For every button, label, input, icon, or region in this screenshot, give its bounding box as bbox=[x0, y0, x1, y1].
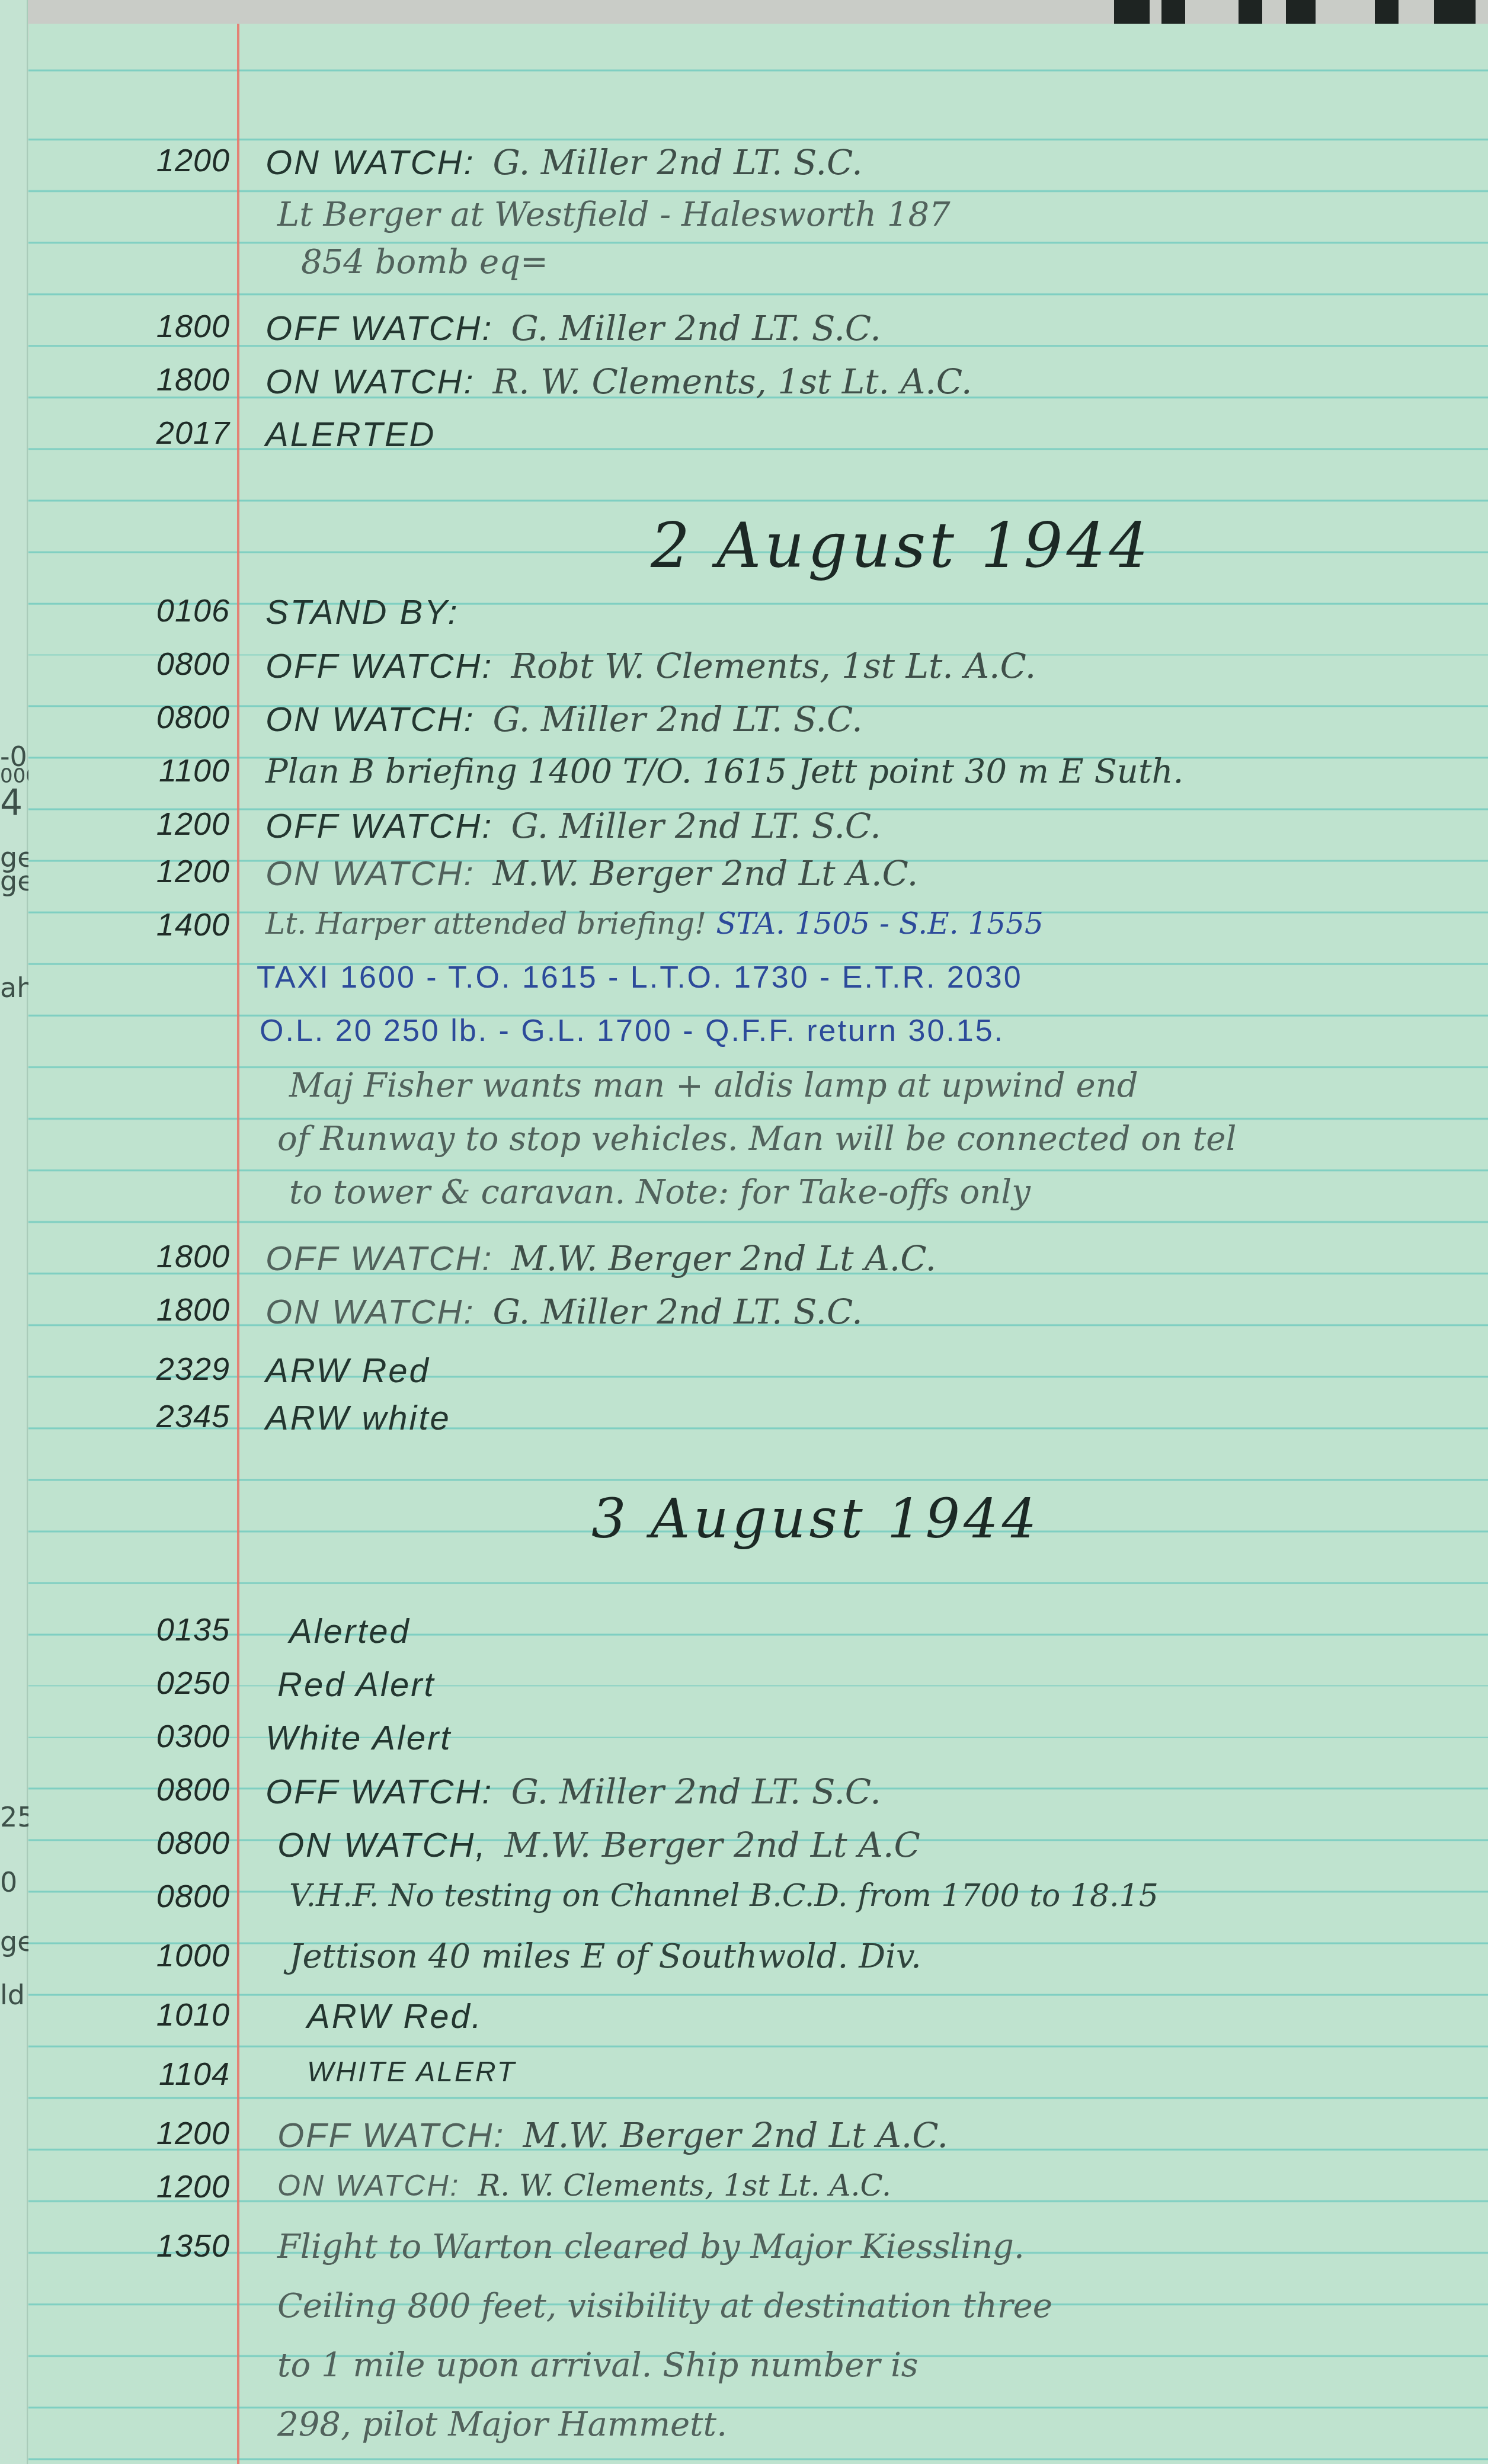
entry-signature: R. W. Clements, 1st Lt. A.C. bbox=[493, 361, 972, 402]
log-entry: 1800 OFF WATCH:G. Miller 2nd LT. S.C. bbox=[28, 308, 1488, 361]
log-entry: Lt Berger at Westfield - Halesworth 187 bbox=[28, 196, 1488, 249]
facing-page-fragment: ld bbox=[0, 1979, 25, 2011]
entry-text: OFF WATCH:G. Miller 2nd LT. S.C. bbox=[265, 308, 881, 348]
entry-text: ON WATCH:G. Miller 2nd LT. S.C. bbox=[265, 699, 863, 739]
entry-label: ARW Red bbox=[265, 1351, 430, 1390]
entry-label: ON WATCH: bbox=[277, 2169, 460, 2202]
entry-signature: G. Miller 2nd LT. S.C. bbox=[493, 1292, 863, 1332]
log-entry: 2017 ALERTED bbox=[28, 415, 1488, 468]
entry-signature: R. W. Clements, 1st Lt. A.C. bbox=[478, 2168, 891, 2203]
entry-time: 2345 bbox=[111, 1398, 230, 1435]
log-entry: 0800 OFF WATCH:G. Miller 2nd LT. S.C. bbox=[28, 1771, 1488, 1825]
entry-text: ARW Red bbox=[265, 1351, 430, 1390]
entry-label: OFF WATCH: bbox=[265, 647, 493, 685]
entry-label: ON WATCH: bbox=[265, 143, 475, 182]
entry-text: ON WATCH:G. Miller 2nd LT. S.C. bbox=[265, 1292, 863, 1332]
entry-label: White Alert bbox=[265, 1719, 452, 1757]
log-entry: 0135 Alerted bbox=[28, 1611, 1488, 1665]
entry-time: 2329 bbox=[111, 1351, 230, 1388]
entry-time: 2017 bbox=[111, 415, 230, 451]
date-heading: 2 August 1944 bbox=[651, 510, 1152, 582]
log-entry: 298, pilot Major Hammett. bbox=[28, 2405, 1488, 2459]
entry-time: 1800 bbox=[111, 361, 230, 398]
entry-note: Ceiling 800 feet, visibility at destinat… bbox=[277, 2287, 1052, 2325]
entry-label: ON WATCH: bbox=[265, 700, 475, 739]
log-entry: 1100 Plan B briefing 1400 T/O. 1615 Jett… bbox=[28, 752, 1488, 806]
entry-note: of Runway to stop vehicles. Man will be … bbox=[277, 1120, 1236, 1158]
entry-label: ARW white bbox=[265, 1399, 451, 1437]
log-entry: TAXI 1600 - T.O. 1615 - L.T.O. 1730 - E.… bbox=[28, 960, 1488, 1013]
entry-text: WHITE ALERT bbox=[307, 2056, 516, 2088]
entry-time: 1010 bbox=[111, 1997, 230, 2033]
entry-time: 0135 bbox=[111, 1611, 230, 1648]
entry-signature: M.W. Berger 2nd Lt A.C. bbox=[523, 2115, 948, 2155]
log-entry: 2345 ARW white bbox=[28, 1398, 1488, 1452]
entry-text: OFF WATCH:Robt W. Clements, 1st Lt. A.C. bbox=[265, 646, 1036, 686]
entry-time: 1100 bbox=[111, 752, 230, 789]
log-entry: 0800 ON WATCH:G. Miller 2nd LT. S.C. bbox=[28, 699, 1488, 752]
entry-time: 1800 bbox=[111, 1238, 230, 1275]
log-entries: 1200 ON WATCH:G. Miller 2nd LT. S.C. Lt … bbox=[28, 24, 1488, 2464]
entry-note: Jettison 40 miles E of Southwold. Div. bbox=[289, 1937, 921, 1976]
entry-text: ON WATCH:G. Miller 2nd LT. S.C. bbox=[265, 142, 863, 182]
entry-label: ON WATCH, bbox=[277, 1826, 487, 1864]
entry-label: ON WATCH: bbox=[265, 363, 475, 401]
entry-time: 0106 bbox=[111, 592, 230, 629]
log-entry: 1200 ON WATCH:G. Miller 2nd LT. S.C. bbox=[28, 142, 1488, 196]
entry-time: 1200 bbox=[111, 853, 230, 890]
entry-signature: G. Miller 2nd LT. S.C. bbox=[511, 308, 881, 348]
entry-time: 1400 bbox=[111, 906, 230, 943]
log-entry: 1200 OFF WATCH:M.W. Berger 2nd Lt A.C. bbox=[28, 2115, 1488, 2168]
entry-label: OFF WATCH: bbox=[265, 309, 493, 348]
entry-note: 854 bomb eq= bbox=[301, 243, 548, 281]
entry-signature: G. Miller 2nd LT. S.C. bbox=[493, 699, 863, 739]
entry-signature: M.W. Berger 2nd Lt A.C. bbox=[511, 1238, 936, 1279]
entry-text: White Alert bbox=[265, 1718, 452, 1758]
entry-label: OFF WATCH: bbox=[265, 807, 493, 845]
log-entry: 1200 ON WATCH:M.W. Berger 2nd Lt A.C. bbox=[28, 853, 1488, 906]
entry-note: to 1 mile upon arrival. Ship number is bbox=[277, 2346, 919, 2385]
entry-signature: M.W. Berger 2nd Lt A.C. bbox=[493, 853, 919, 893]
log-entry: of Runway to stop vehicles. Man will be … bbox=[28, 1120, 1488, 1173]
entry-time: 0800 bbox=[111, 646, 230, 683]
entry-label: OFF WATCH: bbox=[265, 1239, 493, 1278]
entry-text: OFF WATCH:G. Miller 2nd LT. S.C. bbox=[265, 1771, 881, 1812]
entry-note-blue: O.L. 20 250 lb. - G.L. 1700 - Q.F.F. ret… bbox=[260, 1013, 1004, 1049]
entry-time: 0800 bbox=[111, 1878, 230, 1915]
entry-time: 1800 bbox=[111, 1292, 230, 1328]
entry-time: 0300 bbox=[111, 1718, 230, 1755]
entry-text: OFF WATCH:M.W. Berger 2nd Lt A.C. bbox=[277, 2115, 948, 2155]
entry-note-text: Lt. Harper attended briefing! bbox=[265, 906, 706, 941]
entry-text: STAND BY: bbox=[265, 592, 459, 632]
entry-note: Lt Berger at Westfield - Halesworth 187 bbox=[277, 196, 951, 234]
entry-signature: M.W. Berger 2nd Lt A.C bbox=[505, 1825, 920, 1865]
entry-note: 298, pilot Major Hammett. bbox=[277, 2405, 727, 2444]
entry-label: ARW Red. bbox=[307, 1997, 483, 2036]
facing-page-fragment: 0 bbox=[0, 1866, 17, 1898]
entry-note: Flight to Warton cleared by Major Kiessl… bbox=[277, 2228, 1025, 2266]
log-entry: 1400 Lt. Harper attended briefing! STA. … bbox=[28, 906, 1488, 960]
entry-time: 1200 bbox=[111, 806, 230, 842]
entry-text: Red Alert bbox=[277, 1665, 436, 1704]
log-entry: O.L. 20 250 lb. - G.L. 1700 - Q.F.F. ret… bbox=[28, 1013, 1488, 1066]
entry-label: OFF WATCH: bbox=[265, 1773, 493, 1811]
entry-label: Alerted bbox=[289, 1612, 411, 1651]
entry-note: to tower & caravan. Note: for Take-offs … bbox=[289, 1173, 1031, 1212]
entry-text: OFF WATCH:G. Miller 2nd LT. S.C. bbox=[265, 806, 881, 846]
log-entry: 1104 WHITE ALERT bbox=[28, 2056, 1488, 2109]
entry-note-blue: TAXI 1600 - T.O. 1615 - L.T.O. 1730 - E.… bbox=[257, 960, 1023, 995]
log-entry: 0800 V.H.F. No testing on Channel B.C.D.… bbox=[28, 1878, 1488, 1931]
log-entry: to tower & caravan. Note: for Take-offs … bbox=[28, 1173, 1488, 1226]
entry-label: OFF WATCH: bbox=[277, 2116, 505, 2155]
log-entry: 1800 ON WATCH:G. Miller 2nd LT. S.C. bbox=[28, 1292, 1488, 1345]
entry-note: Lt. Harper attended briefing! STA. 1505 … bbox=[265, 906, 1044, 941]
entry-time: 1800 bbox=[111, 308, 230, 345]
entry-text: ON WATCH:M.W. Berger 2nd Lt A.C. bbox=[265, 853, 918, 893]
entry-text: Alerted bbox=[289, 1611, 411, 1651]
entry-label: Red Alert bbox=[277, 1665, 436, 1704]
entry-time: 0800 bbox=[111, 1825, 230, 1861]
log-page: 1200 ON WATCH:G. Miller 2nd LT. S.C. Lt … bbox=[28, 24, 1488, 2464]
entry-time: 0800 bbox=[111, 699, 230, 736]
entry-signature: Robt W. Clements, 1st Lt. A.C. bbox=[511, 646, 1036, 686]
log-entry: 0250 Red Alert bbox=[28, 1665, 1488, 1718]
log-entry: 1800 OFF WATCH:M.W. Berger 2nd Lt A.C. bbox=[28, 1238, 1488, 1292]
entry-signature: G. Miller 2nd LT. S.C. bbox=[493, 142, 863, 182]
log-entry: 0106 STAND BY: bbox=[28, 592, 1488, 646]
entry-note: Plan B briefing 1400 T/O. 1615 Jett poin… bbox=[265, 752, 1183, 791]
log-entry: 1800 ON WATCH:R. W. Clements, 1st Lt. A.… bbox=[28, 361, 1488, 415]
entry-label: STAND BY: bbox=[265, 593, 459, 632]
entry-label: ON WATCH: bbox=[265, 1293, 475, 1331]
entry-text: ARW white bbox=[265, 1398, 451, 1438]
entry-time: 0800 bbox=[111, 1771, 230, 1808]
entry-note: V.H.F. No testing on Channel B.C.D. from… bbox=[289, 1878, 1159, 1914]
entry-text: ON WATCH:R. W. Clements, 1st Lt. A.C. bbox=[277, 2168, 891, 2203]
entry-text: ARW Red. bbox=[307, 1997, 483, 2036]
entry-note: Maj Fisher wants man + aldis lamp at upw… bbox=[289, 1066, 1138, 1105]
entry-time: 1350 bbox=[111, 2228, 230, 2264]
entry-time: 1200 bbox=[111, 2168, 230, 2205]
log-entry: Ceiling 800 feet, visibility at destinat… bbox=[28, 2287, 1488, 2340]
log-entry: 0300 White Alert bbox=[28, 1718, 1488, 1771]
log-entry: Maj Fisher wants man + aldis lamp at upw… bbox=[28, 1066, 1488, 1120]
log-entry: 0800 OFF WATCH:Robt W. Clements, 1st Lt.… bbox=[28, 646, 1488, 699]
entry-time: 1200 bbox=[111, 2115, 230, 2152]
entry-time: 1104 bbox=[111, 2056, 230, 2093]
log-entry: 1010 ARW Red. bbox=[28, 1997, 1488, 2050]
facing-page-edge: -0 000 4 ge- ge- ah: 25 0 ge- ld bbox=[0, 0, 28, 2464]
log-entry: 0800 ON WATCH,M.W. Berger 2nd Lt A.C bbox=[28, 1825, 1488, 1878]
entry-signature: G. Miller 2nd LT. S.C. bbox=[511, 806, 881, 846]
log-entry: 1000 Jettison 40 miles E of Southwold. D… bbox=[28, 1937, 1488, 1991]
entry-time: 1000 bbox=[111, 1937, 230, 1974]
entry-label: ALERTED bbox=[265, 415, 436, 454]
log-entry: 1200 ON WATCH:R. W. Clements, 1st Lt. A.… bbox=[28, 2168, 1488, 2222]
log-entry: 1200 OFF WATCH:G. Miller 2nd LT. S.C. bbox=[28, 806, 1488, 859]
log-entry: 854 bomb eq= bbox=[28, 243, 1488, 296]
date-heading: 3 August 1944 bbox=[591, 1487, 1040, 1550]
entry-text: ALERTED bbox=[265, 415, 436, 454]
entry-time: 1200 bbox=[111, 142, 230, 179]
log-entry: 2329 ARW Red bbox=[28, 1351, 1488, 1404]
log-entry: 1350 Flight to Warton cleared by Major K… bbox=[28, 2228, 1488, 2281]
entry-signature: G. Miller 2nd LT. S.C. bbox=[511, 1771, 881, 1812]
entry-text: ON WATCH:R. W. Clements, 1st Lt. A.C. bbox=[265, 361, 972, 402]
entry-time: 0250 bbox=[111, 1665, 230, 1702]
log-entry: to 1 mile upon arrival. Ship number is bbox=[28, 2346, 1488, 2399]
entry-text: OFF WATCH:M.W. Berger 2nd Lt A.C. bbox=[265, 1238, 936, 1279]
entry-text: ON WATCH,M.W. Berger 2nd Lt A.C bbox=[277, 1825, 920, 1865]
entry-note-blue: STA. 1505 - S.E. 1555 bbox=[716, 906, 1044, 941]
entry-label: WHITE ALERT bbox=[307, 2056, 516, 2088]
entry-label: ON WATCH: bbox=[265, 854, 475, 893]
facing-page-fragment: 4 bbox=[0, 782, 23, 824]
